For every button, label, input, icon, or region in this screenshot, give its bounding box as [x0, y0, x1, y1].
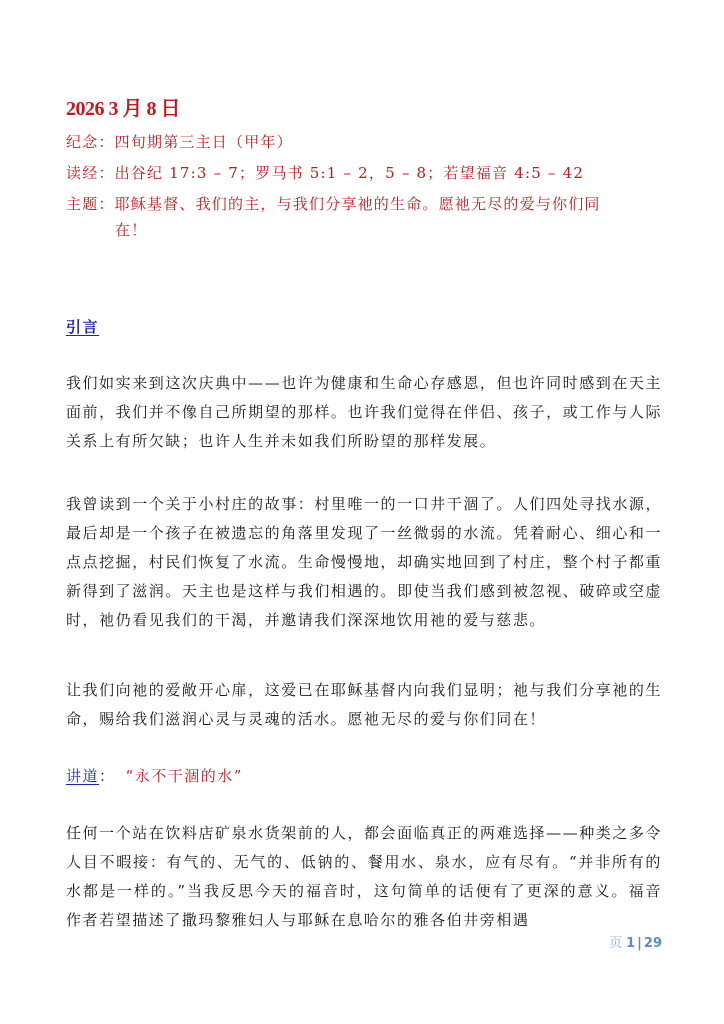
- page-separator: |: [637, 936, 642, 951]
- commemoration-label: 纪念：: [66, 133, 115, 151]
- theme-line: 主题：耶稣基督、我们的主，与我们分享祂的生命。愿祂无尽的爱与你们同: [66, 190, 601, 218]
- page-footer: 页1|29: [609, 932, 662, 951]
- intro-paragraph-2: 我曾读到一个关于小村庄的故事：村里唯一的一口井干涸了。人们四处寻找水源，最后却是…: [66, 490, 662, 635]
- date-title: 2026 3 月 8 日: [66, 92, 180, 121]
- commemoration-value: 四旬期第三主日（甲年）: [115, 133, 293, 151]
- sermon-title: “永不干涸的水”: [126, 767, 243, 785]
- theme-value: 耶稣基督、我们的主，与我们分享祂的生命。愿祂无尽的爱与你们同: [115, 195, 601, 213]
- sermon-heading-link[interactable]: 讲道: [66, 767, 99, 785]
- document-page: 2026 3 月 8 日 纪念：四旬期第三主日（甲年） 读经：出谷纪 17:3 …: [0, 0, 724, 1024]
- intro-paragraph-1: 我们如实来到这次庆典中——也许为健康和生命心存感恩，但也许同时感到在天主面前，我…: [66, 369, 662, 456]
- page-label: 页: [609, 936, 622, 951]
- sermon-colon: ：: [99, 767, 116, 785]
- sermon-paragraph-1: 任何一个站在饮料店矿泉水货架前的人，都会面临真正的两难选择——种类之多令人目不暇…: [66, 819, 662, 935]
- readings-line: 读经：出谷纪 17:3 – 7；罗马书 5:1 – 2，5 – 8；若望福音 4…: [66, 159, 584, 187]
- theme-value-continued: 在！: [115, 216, 147, 244]
- total-pages: 29: [644, 936, 662, 951]
- theme-label: 主题：: [66, 195, 115, 213]
- readings-value: 出谷纪 17:3 – 7；罗马书 5:1 – 2，5 – 8；若望福音 4:5 …: [115, 164, 584, 182]
- introduction-heading-link[interactable]: 引言: [66, 316, 99, 337]
- sermon-heading-line: 讲道：“永不干涸的水”: [66, 765, 243, 786]
- commemoration-line: 纪念：四旬期第三主日（甲年）: [66, 128, 293, 156]
- intro-paragraph-3: 让我们向祂的爱敞开心扉，这爱已在耶稣基督内向我们显明；祂与我们分享祂的生命，赐给…: [66, 676, 662, 734]
- readings-label: 读经：: [66, 164, 115, 182]
- current-page-number: 1: [626, 936, 635, 951]
